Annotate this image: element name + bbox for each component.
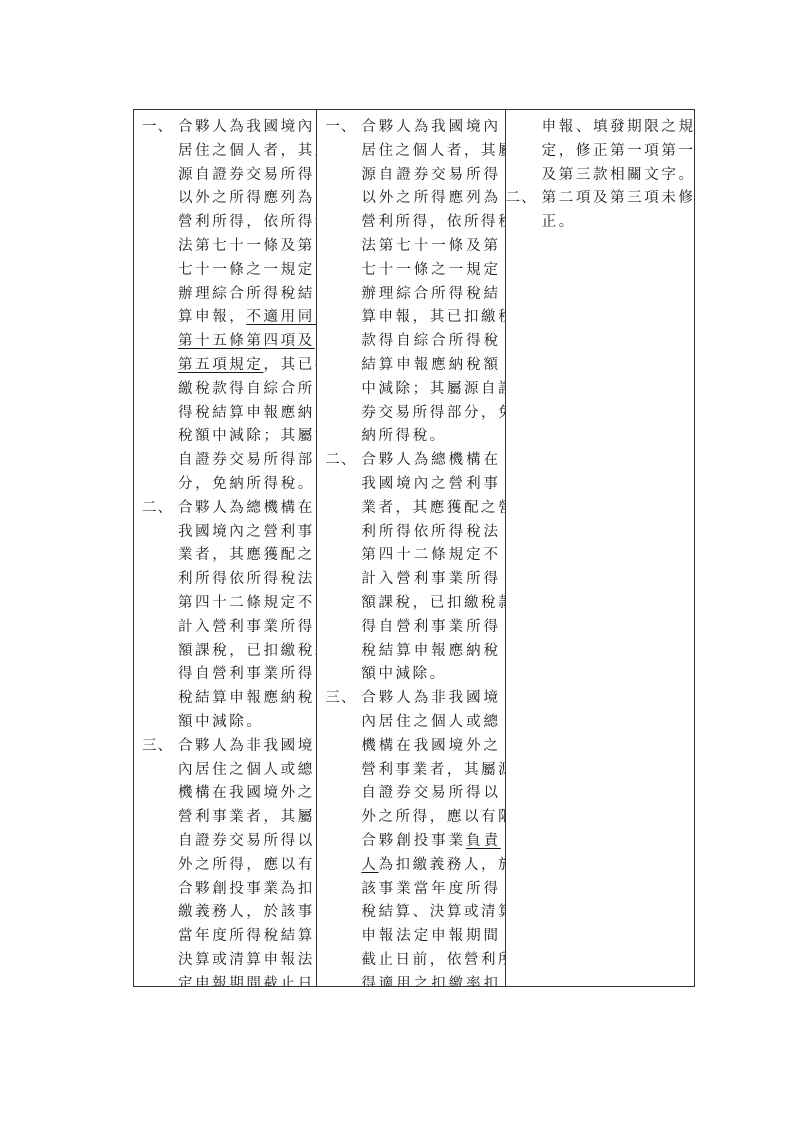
text-line: 額課稅，已扣繳稅款 bbox=[361, 592, 500, 616]
text-line: 我國境內之營利事 bbox=[361, 473, 500, 497]
text-line: 納所得稅。 bbox=[361, 425, 500, 449]
text-line: 稅結算申報應納稅 bbox=[178, 687, 312, 711]
text-line: 合夥人為總機構在 bbox=[361, 449, 500, 473]
text-line: 第二項及第三項未修 bbox=[542, 187, 690, 211]
explanation-column: 申報、填發期限之規 定，修正第一項第一款 及第三款相關文字。 二、 第二項及第三… bbox=[506, 110, 694, 986]
text-line: 該事業當年度所得 bbox=[361, 878, 500, 902]
clause-marker: 二、 bbox=[325, 449, 356, 473]
text-line: 得自營利事業所得 bbox=[178, 663, 312, 687]
clause-3: 三、 合夥人為非我國境 內居住之個人或總 機構在我國境外之 營利事業者，其屬源 … bbox=[317, 687, 504, 986]
text-line: 額中減除。 bbox=[178, 711, 312, 735]
text-line: 截止日前，依營利所 bbox=[361, 949, 500, 973]
text-line: 合夥人為總機構在 bbox=[178, 497, 312, 521]
text-line: 外之所得，應以有限 bbox=[178, 854, 312, 878]
text-line: 稅結算申報應納稅 bbox=[361, 640, 500, 664]
text-line: 居住之個人者，其屬 bbox=[178, 140, 312, 164]
clause-1: 一、 合夥人為我國境內 居住之個人者，其屬 源自證券交易所得 以外之所得應列為 … bbox=[317, 116, 504, 449]
text-line: 得稅結算申報應納 bbox=[178, 402, 312, 426]
text-line: 得適用之扣繳率扣 bbox=[361, 973, 500, 986]
text-line: 機構在我國境外之 bbox=[361, 735, 500, 759]
text-line: 決算或清算申報法 bbox=[178, 949, 312, 973]
text-line: 計入營利事業所得 bbox=[361, 568, 500, 592]
text-line: 繳稅款得自綜合所 bbox=[178, 378, 312, 402]
text-line: 券交易所得部分，免 bbox=[361, 402, 500, 426]
text-line: 自證券交易所得以 bbox=[178, 830, 312, 854]
text-line: 申報、填發期限之規 bbox=[542, 116, 690, 140]
text-line: 辦理綜合所得稅結 bbox=[178, 283, 312, 307]
text-line: 法第七十一條及第 bbox=[178, 235, 312, 259]
text-line: 第五項規定，其已扣 bbox=[178, 354, 312, 378]
text-line: 款得自綜合所得稅 bbox=[361, 330, 500, 354]
text-line: 自證券交易所得部 bbox=[178, 449, 312, 473]
text-line: 居住之個人者，其屬 bbox=[361, 140, 500, 164]
clause-marker: 一、 bbox=[142, 116, 173, 140]
clause-marker: 一、 bbox=[325, 116, 356, 140]
explanation-1-continued: 申報、填發期限之規 定，修正第一項第一款 及第三款相關文字。 bbox=[506, 116, 694, 187]
clause-marker: 二、 bbox=[142, 497, 173, 521]
clause-2: 二、 合夥人為總機構在 我國境內之營利事 業者，其應獲配之營 利所得依所得稅法 … bbox=[317, 449, 504, 687]
current-text-column: 一、 合夥人為我國境內 居住之個人者，其屬 源自證券交易所得 以外之所得應列為 … bbox=[317, 110, 505, 986]
text-line: 七十一條之一規定 bbox=[178, 259, 312, 283]
text-line: 定，修正第一項第一款 bbox=[542, 140, 690, 164]
text-line: 以外之所得應列為 bbox=[178, 187, 312, 211]
text-line: 合夥創投事業負責 bbox=[361, 830, 500, 854]
clause-marker: 三、 bbox=[142, 735, 173, 759]
text-line: 以外之所得應列為 bbox=[361, 187, 500, 211]
text-line: 正。 bbox=[542, 211, 690, 235]
amended-underline: 第五項規定 bbox=[178, 357, 264, 373]
text-line: 營利所得，依所得稅 bbox=[178, 211, 312, 235]
text-line: 合夥人為非我國境 bbox=[361, 687, 500, 711]
text-line: 法第七十一條及第 bbox=[361, 235, 500, 259]
clause-2: 二、 合夥人為總機構在 我國境內之營利事 業者，其應獲配之營 利所得依所得稅法 … bbox=[134, 497, 316, 735]
text-line: 合夥人為非我國境 bbox=[178, 735, 312, 759]
current-underline: 人 bbox=[361, 857, 378, 873]
text-line: 繳義務人，於該事業 bbox=[178, 901, 312, 925]
text-line: 分，免納所得稅。 bbox=[178, 473, 312, 497]
text-line: 申報法定申報期間 bbox=[361, 925, 500, 949]
text-line: 業者，其應獲配之營 bbox=[361, 497, 500, 521]
text-line: 辦理綜合所得稅結 bbox=[361, 283, 500, 307]
clause-1: 一、 合夥人為我國境內 居住之個人者，其屬 源自證券交易所得 以外之所得應列為 … bbox=[134, 116, 316, 497]
text-line: 得自營利事業所得 bbox=[361, 616, 500, 640]
text-line: 算申報，不適用同法 bbox=[178, 306, 312, 330]
text-line: 外之所得，應以有限 bbox=[361, 806, 500, 830]
comparison-table: 一、 合夥人為我國境內 居住之個人者，其屬 源自證券交易所得 以外之所得應列為 … bbox=[133, 109, 695, 987]
text-line: 源自證券交易所得 bbox=[361, 164, 500, 188]
text-line: 合夥人為我國境內 bbox=[361, 116, 500, 140]
explanation-2: 二、 第二項及第三項未修 正。 bbox=[506, 187, 694, 235]
text-line: 額中減除。 bbox=[361, 663, 500, 687]
current-underline: 負責 bbox=[466, 833, 501, 849]
text-line: 我國境內之營利事 bbox=[178, 521, 312, 545]
text-line: 七十一條之一規定 bbox=[361, 259, 500, 283]
text-line: 營利事業者，其屬源 bbox=[178, 806, 312, 830]
text-line: 計入營利事業所得 bbox=[178, 616, 312, 640]
amended-underline: 不適用同法 bbox=[246, 309, 317, 325]
text-line: 利所得依所得稅法 bbox=[178, 568, 312, 592]
text-line: 營利事業者，其屬源 bbox=[361, 759, 500, 783]
text-line: 業者，其應獲配之營 bbox=[178, 544, 312, 568]
text-line: 稅結算、決算或清算 bbox=[361, 901, 500, 925]
clause-marker: 三、 bbox=[325, 687, 356, 711]
text-line: 合夥人為我國境內 bbox=[178, 116, 312, 140]
text-line: 內居住之個人或總 bbox=[178, 759, 312, 783]
text-line: 利所得依所得稅法 bbox=[361, 521, 500, 545]
text-line: 當年度所得稅結算、 bbox=[178, 925, 312, 949]
text-line: 自證券交易所得以 bbox=[361, 782, 500, 806]
text-line: 結算申報應納稅額 bbox=[361, 354, 500, 378]
clause-marker: 二、 bbox=[506, 187, 537, 211]
text-line: 營利所得，依所得稅 bbox=[361, 211, 500, 235]
text-line: 中減除；其屬源自證 bbox=[361, 378, 500, 402]
text-line: 源自證券交易所得 bbox=[178, 164, 312, 188]
text-line: 第十五條第四項及 bbox=[178, 330, 312, 354]
text-line: 第四十二條規定不 bbox=[178, 592, 312, 616]
text-line: 定申報期間截止日 bbox=[178, 973, 312, 986]
text-line: 機構在我國境外之 bbox=[178, 782, 312, 806]
text-line: 合夥創投事業為扣 bbox=[178, 878, 312, 902]
text-line: 稅額中減除；其屬源 bbox=[178, 425, 312, 449]
text-line: 及第三款相關文字。 bbox=[542, 164, 690, 188]
text-line: 內居住之個人或總 bbox=[361, 711, 500, 735]
text-line: 額課稅，已扣繳稅款 bbox=[178, 640, 312, 664]
text-line: 第四十二條規定不 bbox=[361, 544, 500, 568]
amended-text-column: 一、 合夥人為我國境內 居住之個人者，其屬 源自證券交易所得 以外之所得應列為 … bbox=[134, 110, 317, 986]
text-line: 人為扣繳義務人，於 bbox=[361, 854, 500, 878]
amended-underline: 第十五條第四項及 bbox=[178, 333, 315, 349]
clause-3: 三、 合夥人為非我國境 內居住之個人或總 機構在我國境外之 營利事業者，其屬源 … bbox=[134, 735, 316, 986]
text-line: 算申報，其已扣繳稅 bbox=[361, 306, 500, 330]
